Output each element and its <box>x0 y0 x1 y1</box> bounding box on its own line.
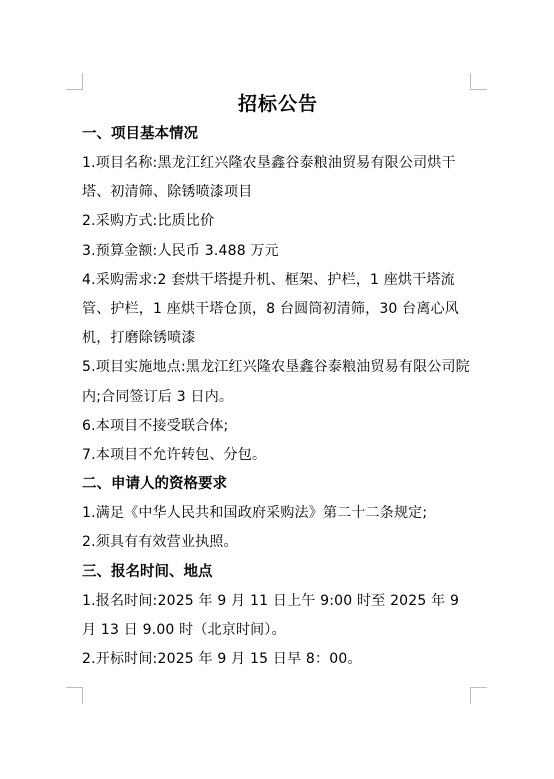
document-title: 招标公告 <box>82 88 474 120</box>
qualification-license: 2.须具有有效营业执照。 <box>82 528 474 557</box>
document-page: 招标公告 一、项目基本情况 1.项目名称:黑龙江红兴隆农垦鑫谷泰粮油贸易有限公司… <box>0 0 554 779</box>
page-corner-mark-bottom-left <box>66 687 83 704</box>
page-corner-mark-bottom-right <box>470 687 487 704</box>
section-heading-qualifications: 二、申请人的资格要求 <box>82 470 474 499</box>
procurement-requirements: 4.采购需求:2 套烘干塔提升机、框架、护栏，1 座烘干塔流管、护栏，1 座烘干… <box>82 266 474 354</box>
no-subcontract-note: 7.本项目不允许转包、分包。 <box>82 441 474 470</box>
budget-amount: 3.预算金额:人民币 3.488 万元 <box>82 237 474 266</box>
document-body: 招标公告 一、项目基本情况 1.项目名称:黑龙江红兴隆农垦鑫谷泰粮油贸易有限公司… <box>82 88 474 674</box>
no-consortium-note: 6.本项目不接受联合体; <box>82 412 474 441</box>
implementation-location: 5.项目实施地点:黑龙江红兴隆农垦鑫谷泰粮油贸易有限公司院内;合同签订后 3 日… <box>82 353 474 411</box>
section-heading-project-info: 一、项目基本情况 <box>82 120 474 149</box>
qualification-law: 1.满足《中华人民共和国政府采购法》第二十二条规定; <box>82 499 474 528</box>
registration-time: 1.报名时间:2025 年 9 月 11 日上午 9:00 时至 2025 年 … <box>82 587 474 645</box>
section-heading-registration: 三、报名时间、地点 <box>82 558 474 587</box>
procurement-method: 2.采购方式:比质比价 <box>82 207 474 236</box>
page-corner-mark-top-left <box>66 73 83 90</box>
bid-opening-time: 2.开标时间:2025 年 9 月 15 日早 8：00。 <box>82 645 474 674</box>
project-name: 1.项目名称:黑龙江红兴隆农垦鑫谷泰粮油贸易有限公司烘干塔、初清筛、除锈喷漆项目 <box>82 149 474 207</box>
